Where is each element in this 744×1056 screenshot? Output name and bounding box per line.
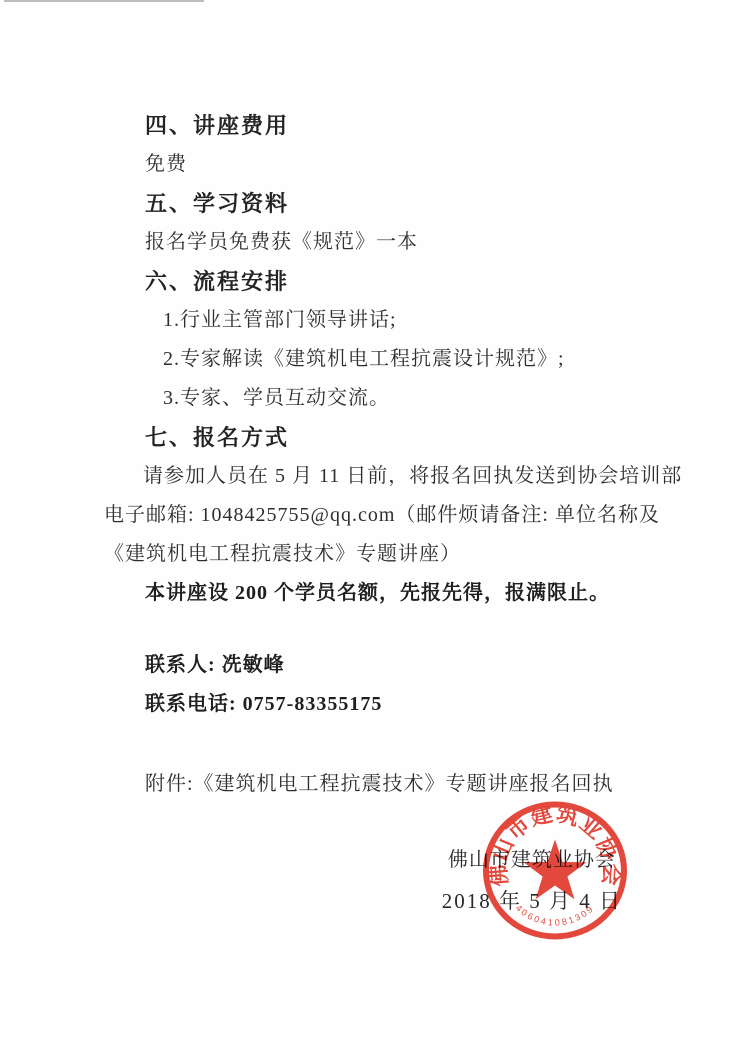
section-heading-registration: 七、报名方式 [104,418,676,457]
contact-person: 联系人: 冼敏峰 [104,646,676,685]
document-page: 四、讲座费用 免费 五、学习资料 报名学员免费获《规范》一本 六、流程安排 1.… [0,0,744,1056]
seal-star-icon [524,840,587,900]
registration-line-2: 电子邮箱: 1048425755@qq.com（邮件烦请备注: 单位名称及 [104,496,676,535]
schedule-item-3: 3.专家、学员互动交流。 [104,379,676,418]
document-content: 四、讲座费用 免费 五、学习资料 报名学员免费获《规范》一本 六、流程安排 1.… [104,0,676,804]
quota-text: 本讲座设 200 个学员名额，先报先得，报满限止。 [104,574,676,613]
schedule-item-1: 1.行业主管部门领导讲话; [104,301,676,340]
registration-line-1: 请参加人员在 5 月 11 日前，将报名回执发送到协会培训部 [104,457,676,496]
registration-line-3: 《建筑机电工程抗震技术》专题讲座） [104,535,676,574]
seal-code: 406041081309 [514,903,597,928]
schedule-item-2: 2.专家解读《建筑机电工程抗震设计规范》; [104,340,676,379]
section-heading-materials: 五、学习资料 [104,184,676,223]
official-seal: 佛山市建筑业协会 406041081309 [480,798,630,944]
section-heading-schedule: 六、流程安排 [104,262,676,301]
section-heading-fees: 四、讲座费用 [104,106,676,145]
materials-text: 报名学员免费获《规范》一本 [104,223,676,262]
fee-text: 免费 [104,145,676,184]
contact-phone: 联系电话: 0757-83355175 [104,685,676,724]
